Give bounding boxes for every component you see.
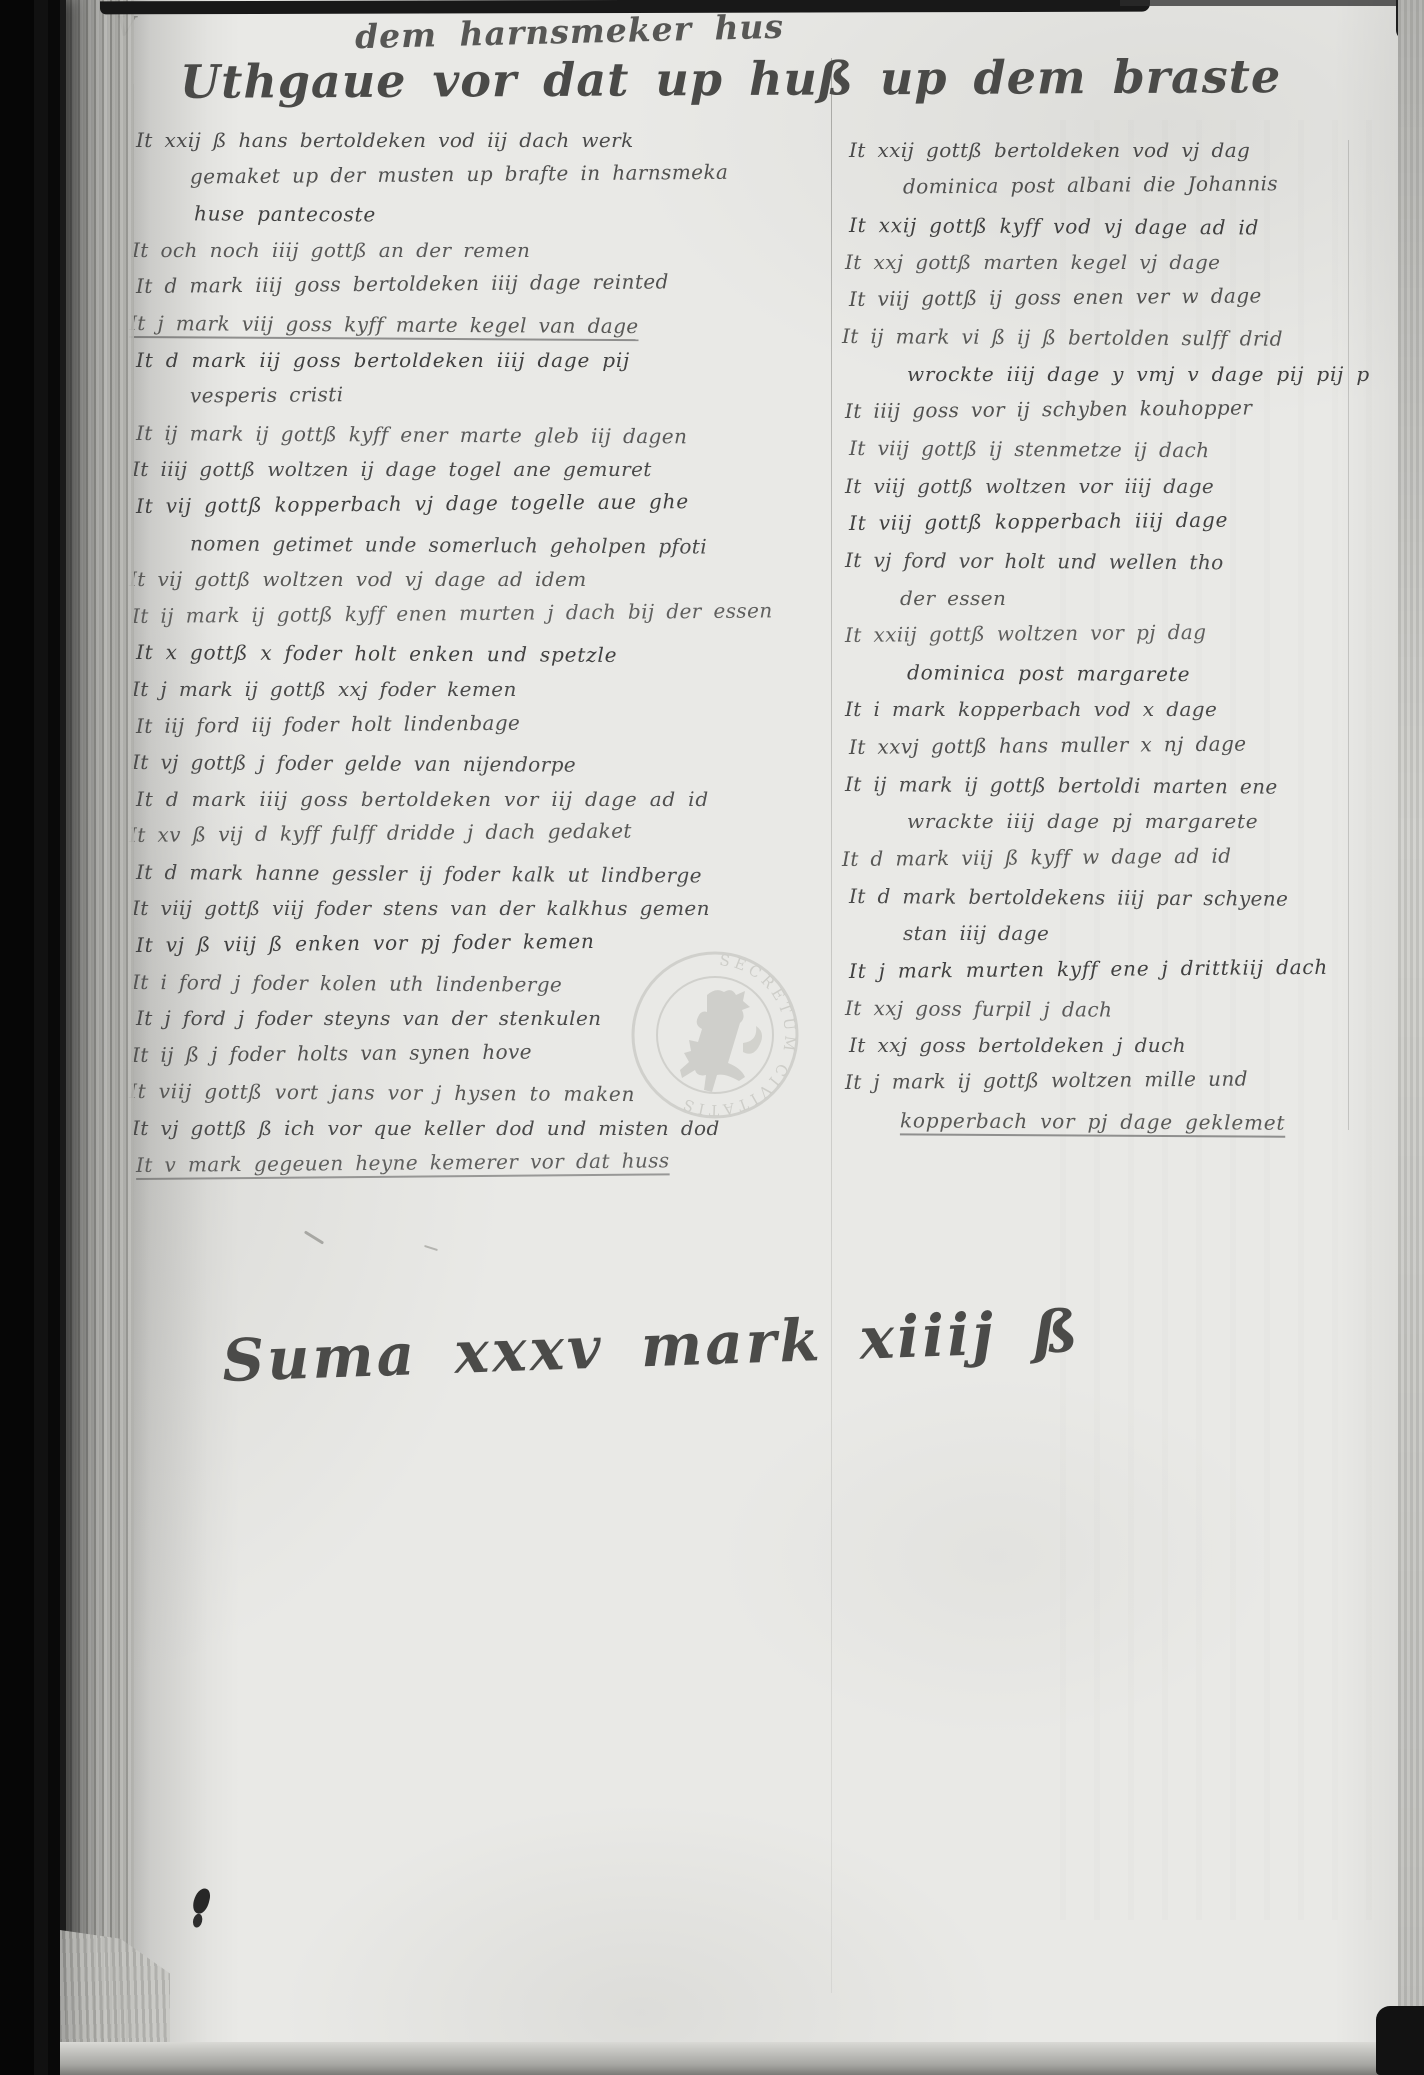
ledger-line: It j mark ij gottß woltzen mille und [845,1060,1375,1102]
book-binding [0,0,66,2075]
ledger-line: It xxij gottß bertoldeken vod vj dag [849,132,1375,169]
ledger-line: It vij gottß kopperbach vj dage togelle … [136,482,842,525]
page-heading-primary: Uthgaue vor dat up huß up dem braste [180,49,1282,109]
pencil-scratch [304,1230,324,1244]
ledger-line: It viij gottß woltzen vor iiij dage [845,468,1375,505]
ledger-line: It ij mark ij gottß kyff enen murten j d… [132,592,842,635]
ledger-line: vesperis cristi [132,372,842,415]
ledger-line: It vj ford vor holt und wellen tho [845,542,1375,583]
manuscript-scan: V dem harnsmeker hus Uthgaue vor dat up … [0,0,1424,2075]
ledger-line: huse pantecoste [136,195,842,236]
stamp-legend: SECRETUM CIVITATIS [677,951,799,1119]
ledger-line: It xxj goss bertoldeken j duch [849,1027,1375,1064]
ledger-line: It d mark viij ß kyff w dage ad id [842,836,1375,878]
ledger-line: wrockte iiij dage y vmj v dage pij pij p [849,356,1375,393]
ledger-right-column: It xxij gottß bertoldeken vod vj dagdomi… [845,132,1375,1139]
ledger-line: It v mark gegeuen heyne kemerer vor dat … [136,1140,842,1183]
ledger-line: It xv ß vij d kyff fulff dridde j dach g… [129,811,842,854]
ink-blot [191,1887,212,1916]
bottom-page-edge [60,2042,1424,2075]
archive-stamp-icon: SECRETUM CIVITATIS [627,947,803,1123]
ledger-line: It i mark kopperbach vod x dage [845,691,1375,728]
page-fore-edge [62,0,134,2075]
ledger-line: It iiij goss vor ij schyben kouhopper [845,388,1375,430]
ledger-line: It ij mark ij gottß bertoldi marten ene [845,766,1375,807]
ledger-line: gemaket up der musten up brafte in harns… [132,152,842,195]
ledger-line: It viij gottß ij goss enen ver w dage [849,277,1375,319]
ledger-line: It vj gottß j foder gelde van nijendorpe [132,744,842,785]
ledger-line: It xxj gottß marten kegel vj dage [845,244,1375,281]
ledger-line: It viij gottß ij stenmetze ij dach [849,430,1375,471]
right-page-edge [1398,0,1424,2075]
ledger-line: It j mark viij goss kyff marte kegel van… [129,305,842,346]
ledger-line: dominica post margarete [849,654,1375,695]
svg-text:SECRETUM CIVITATIS: SECRETUM CIVITATIS [677,951,799,1119]
ledger-line: It ij mark vi ß ij ß bertolden sulff dri… [842,318,1375,359]
ledger-line: It xxvj gottß hans muller x nj dage [849,724,1375,766]
ledger-line: It xxiij gottß woltzen vor pj dag [845,612,1375,654]
page-heading-secondary: dem harnsmeker hus [355,7,785,56]
ledger-line: It viij gottß kopperbach iiij dage [849,500,1375,542]
ledger-line: kopperbach vor pj dage geklemet [842,1102,1375,1143]
ledger-line: wrackte iiij dage pj margarete [849,803,1375,840]
bottom-right-tab [1376,2006,1424,2075]
ledger-line: It d mark iiij goss bertoldeken iiij dag… [136,262,842,305]
ledger-line: It ij mark ij gottß kyff ener marte gleb… [136,415,842,456]
top-edge-shadow-thin [1120,0,1410,6]
pencil-scratch [424,1245,438,1251]
ledger-line: stan iiij dage [845,915,1375,952]
ledger-line: nomen getimet unde somerluch geholpen pf… [132,525,842,566]
lion-rampant-icon [680,990,750,1092]
ledger-line: It xxj goss furpil j dach [845,990,1375,1031]
ledger-line: It xxij gottß kyff vod vj dage ad id [849,207,1375,248]
lion-tail-icon [743,1026,762,1054]
ledger-line: It d mark bertoldekens iiij par schyene [849,878,1375,919]
ledger-line: It iij ford iij foder holt lindenbage [136,701,842,744]
ledger-line: It x gottß x foder holt enken und spetzl… [136,634,842,675]
ledger-line: der essen [842,580,1375,617]
page: V dem harnsmeker hus Uthgaue vor dat up … [0,0,1424,2075]
ledger-line: It j mark murten kyff ene j drittkiij da… [849,948,1375,990]
ledger-line: dominica post albani die Johannis [845,165,1375,207]
ledger-line: It d mark hanne gessler ij foder kalk ut… [136,854,842,895]
summa-line: Suma xxxv mark xiiij ß [221,1297,1081,1395]
